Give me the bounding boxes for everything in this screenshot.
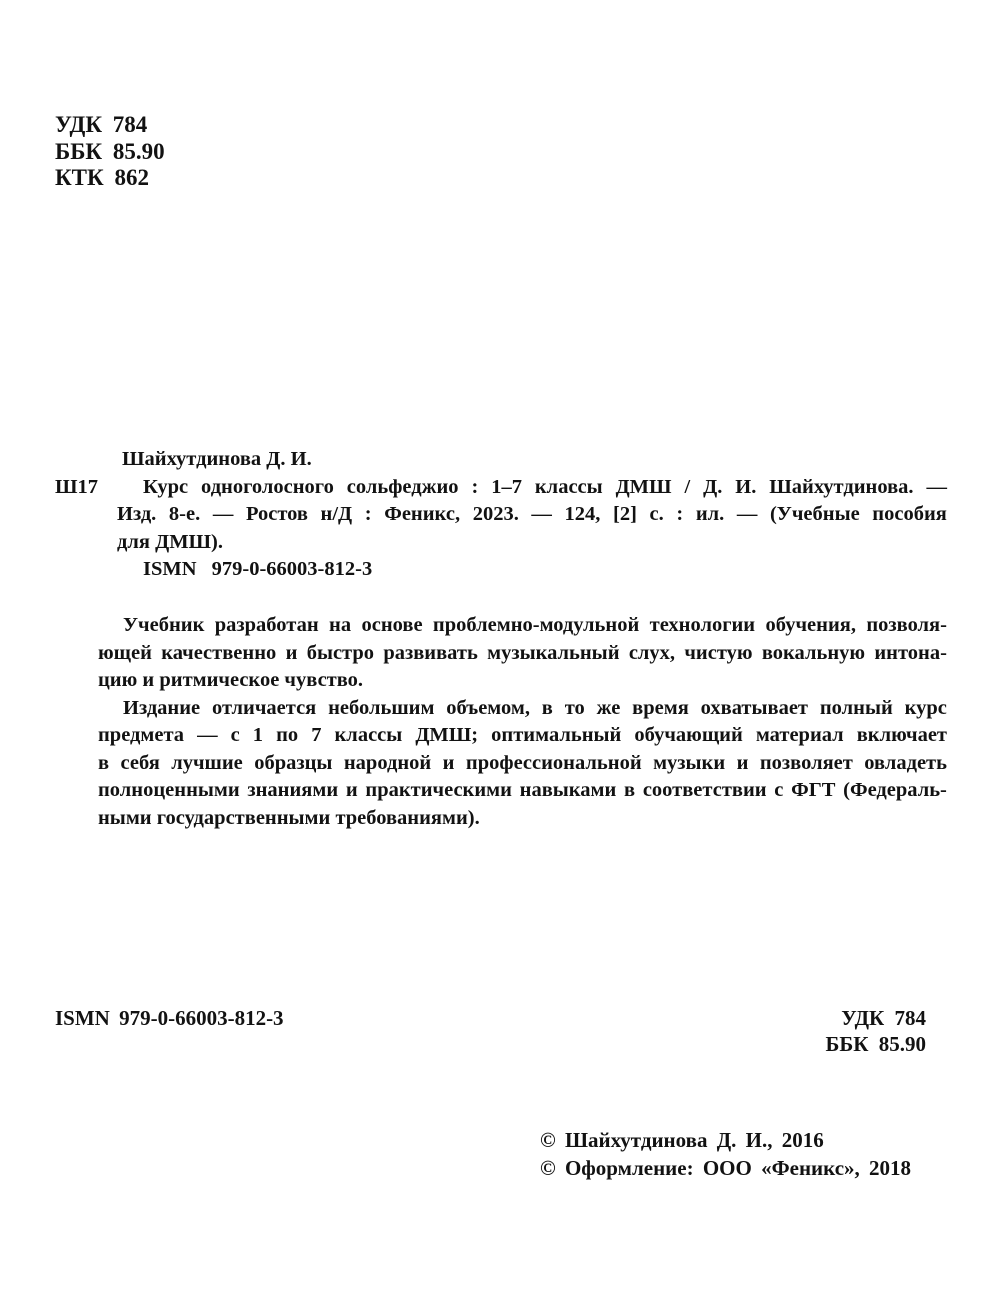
biblio-ismn: ISMN 979-0-66003-812-3 <box>117 556 947 584</box>
annotation-line: ными государственными требованиями). <box>98 805 947 833</box>
bbk-code-top: ББК 85.90 <box>55 139 165 166</box>
annotation-block: Учебникразработаннаосновепроблемно-модул… <box>98 612 947 832</box>
udc-code-bottom: УДК 784 <box>826 1005 927 1031</box>
classification-block-top: УДК 784 ББК 85.90 КТК 862 <box>55 112 165 192</box>
annotation-line: ющейкачественноибыстроразвиватьмузыкальн… <box>98 640 947 668</box>
biblio-author-heading: Шайхутдинова Д. И. <box>117 446 947 474</box>
annotation-line: всебялучшиеобразцынароднойипрофессиональ… <box>98 750 947 778</box>
biblio-line: Изд.8-е.—Ростовн/Д:Феникс,2023.—124,[2]с… <box>117 501 947 529</box>
annotation-line: цию и ритмическое чувство. <box>98 667 947 695</box>
classification-block-bottom: УДК 784 ББК 85.90 <box>826 1005 927 1057</box>
bbk-code-bottom: ББК 85.90 <box>826 1031 927 1057</box>
biblio-author-mark: Ш17 <box>55 474 98 502</box>
copyright-design-line: © Оформление: ООО «Феникс», 2018 <box>540 1154 911 1182</box>
ismn-bottom: ISMN 979-0-66003-812-3 <box>55 1005 284 1031</box>
annotation-line: Изданиеотличаетсянебольшимобъемом,втожев… <box>98 695 947 723</box>
biblio-line: для ДМШ). <box>117 529 947 557</box>
annotation-line: полноценнымизнаниямиипрактическиминавыка… <box>98 777 947 805</box>
copyright-author-line: © Шайхутдинова Д. И., 2016 <box>540 1126 911 1154</box>
annotation-line: предмета—с1по7классыДМШ;оптимальныйобуча… <box>98 722 947 750</box>
bibliographic-record: Шайхутдинова Д. И. Ш17 Курсодноголосного… <box>117 446 947 584</box>
udc-code-top: УДК 784 <box>55 112 165 139</box>
footer-codes-row: ISMN 979-0-66003-812-3 УДК 784 ББК 85.90 <box>55 1005 926 1057</box>
copyright-page: УДК 784 ББК 85.90 КТК 862 Шайхутдинова Д… <box>0 0 1000 1300</box>
biblio-line: Курсодноголосногосольфеджио:1–7классыДМШ… <box>117 474 947 502</box>
annotation-line: Учебникразработаннаосновепроблемно-модул… <box>98 612 947 640</box>
copyright-block: © Шайхутдинова Д. И., 2016 © Оформление:… <box>540 1126 911 1182</box>
ktk-code-top: КТК 862 <box>55 165 165 192</box>
